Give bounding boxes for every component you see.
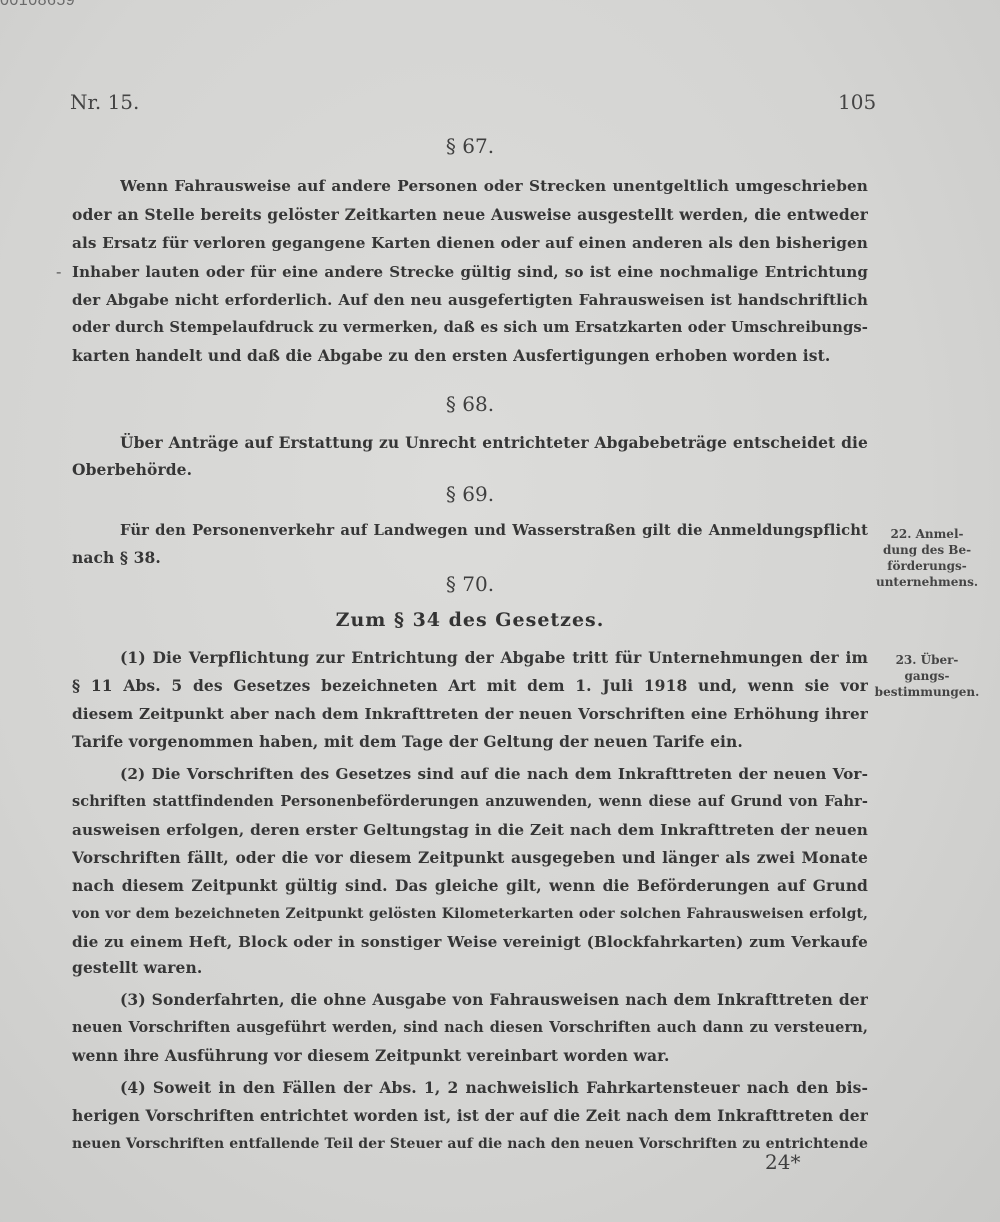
paragraph-3-line: (3) Sonderfahrten, die ohne Ausgabe von … <box>120 990 868 1010</box>
margin-note-23: 23. Über- gangs- bestimmungen. <box>872 652 982 700</box>
text-line: oder an Stelle bereits gelöster Zeitkart… <box>72 205 868 225</box>
paragraph-2-line: gestellt waren. <box>72 958 868 978</box>
section-heading-70: § 70. <box>60 572 880 596</box>
text-line: Inhaber lauten oder für eine andere Stre… <box>72 262 868 282</box>
text-line: nach § 38. <box>72 548 868 568</box>
margin-dash: - <box>56 262 61 281</box>
paragraph-2-line: die zu einem Heft, Block oder in sonstig… <box>72 932 868 952</box>
paragraph-1-line: Tarife vorgenommen haben, mit dem Tage d… <box>72 732 868 752</box>
section-subheading: Zum § 34 des Gesetzes. <box>60 609 880 631</box>
text-line: Für den Personenverkehr auf Landwegen un… <box>120 521 868 541</box>
text-line: der Abgabe nicht erforderlich. Auf den n… <box>72 290 868 310</box>
text-line: Wenn Fahrausweise auf andere Personen od… <box>120 176 868 196</box>
text-line: oder durch Stempelaufdruck zu vermerken,… <box>72 318 868 338</box>
section-heading-68: § 68. <box>60 392 880 416</box>
paragraph-2-line: nach diesem Zeitpunkt gültig sind. Das g… <box>72 876 868 896</box>
paragraph-2-line: ausweisen erfolgen, deren erster Geltung… <box>72 820 868 840</box>
document-page: 00108659 Nr. 15. 105 § 67. Wenn Fahrausw… <box>0 0 1000 1222</box>
paragraph-2-line: Vorschriften fällt, oder die vor diesem … <box>72 848 868 868</box>
paragraph-1-line: § 11 Abs. 5 des Gesetzes bezeichneten Ar… <box>72 676 868 696</box>
paragraph-3-line: wenn ihre Ausführung vor diesem Zeitpunk… <box>72 1046 868 1066</box>
issue-number: Nr. 15. <box>70 90 139 114</box>
paragraph-1-line: (1) Die Verpflichtung zur Entrichtung de… <box>120 648 868 668</box>
paragraph-2-line: von vor dem bezeichneten Zeitpunkt gelös… <box>72 904 868 924</box>
paragraph-4-line: (4) Soweit in den Fällen der Abs. 1, 2 n… <box>120 1078 868 1098</box>
signature-mark: 24* <box>765 1150 800 1174</box>
paragraph-2-line: (2) Die Vorschriften des Gesetzes sind a… <box>120 764 868 784</box>
paragraph-4-line: herigen Vorschriften entrichtet worden i… <box>72 1106 868 1126</box>
text-line: Oberbehörde. <box>72 460 868 480</box>
section-heading-69: § 69. <box>60 482 880 506</box>
paragraph-4-line: neuen Vorschriften entfallende Teil der … <box>72 1134 868 1154</box>
text-line: als Ersatz für verloren gegangene Karten… <box>72 233 868 253</box>
paragraph-1-line: diesem Zeitpunkt aber nach dem Inkrafttr… <box>72 704 868 724</box>
scan-id: 00108659 <box>0 0 75 10</box>
page-number: 105 <box>838 90 876 114</box>
section-heading-67: § 67. <box>60 134 880 158</box>
paragraph-2-line: schriften stattfindenden Personenbeförde… <box>72 792 868 812</box>
text-line: karten handelt und daß die Abgabe zu den… <box>72 346 868 366</box>
margin-note-22: 22. Anmel- dung des Be- förderungs- unte… <box>872 526 982 590</box>
paragraph-3-line: neuen Vorschriften ausgeführt werden, si… <box>72 1018 868 1038</box>
text-line: Über Anträge auf Erstattung zu Unrecht e… <box>120 433 868 453</box>
